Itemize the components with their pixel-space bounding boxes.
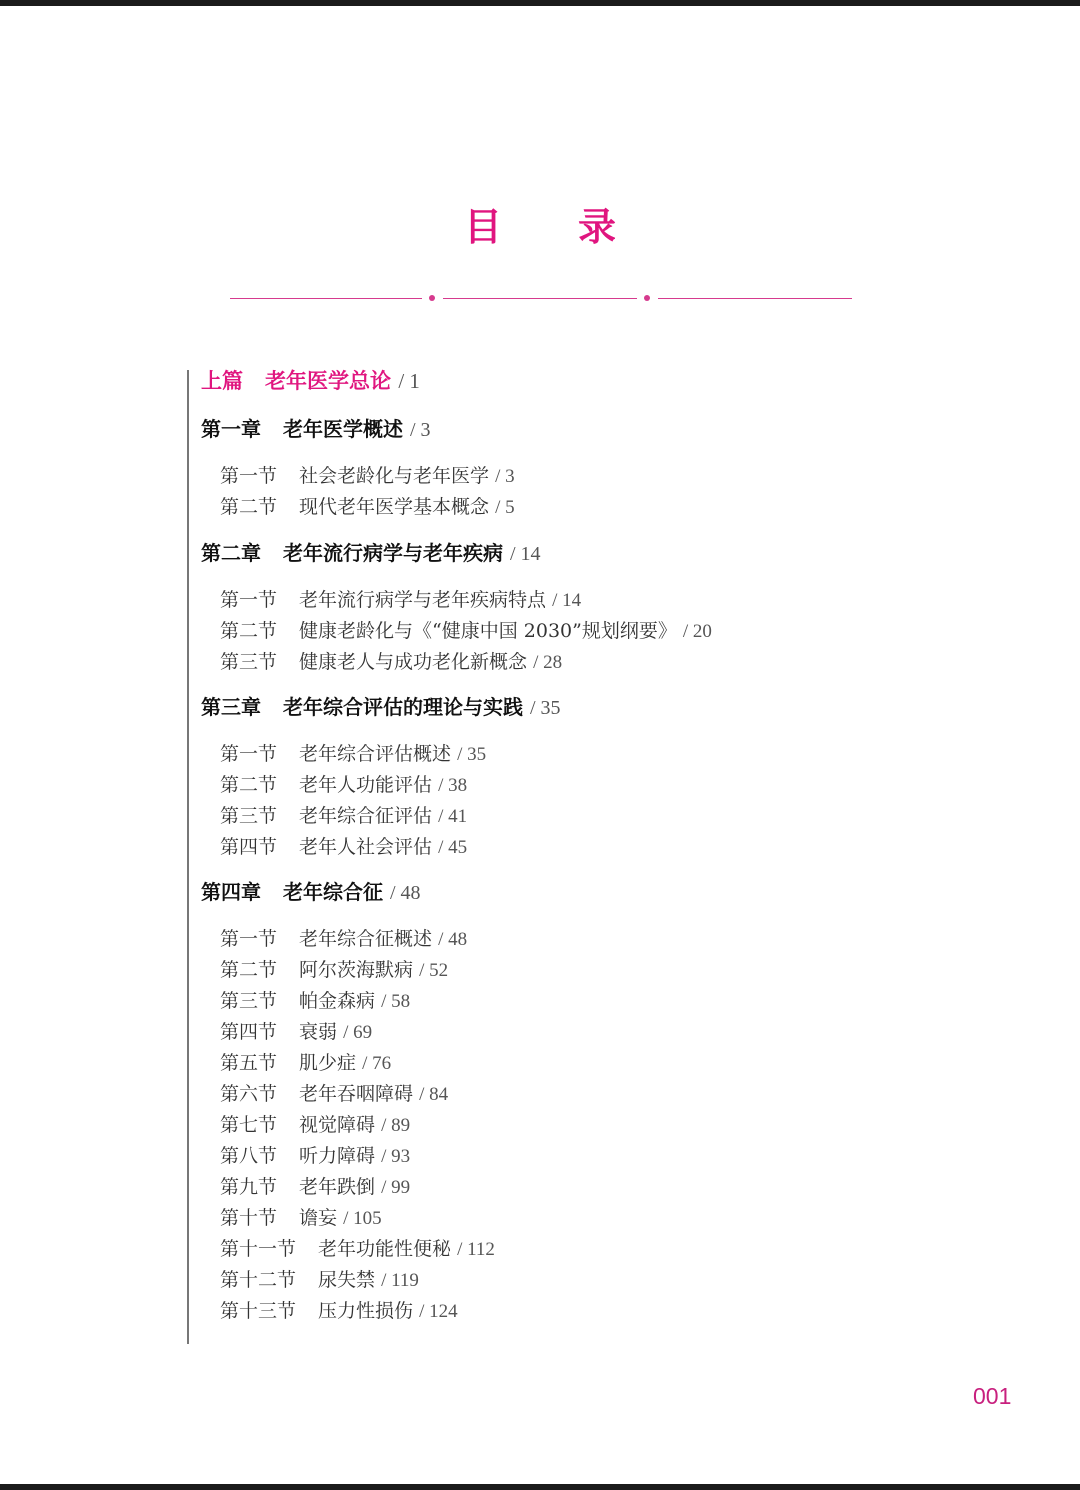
toc-section[interactable]: 第三节帕金森病 / 58 bbox=[220, 986, 410, 1013]
section-title: 现代老年医学基本概念 bbox=[299, 496, 489, 518]
section-page: / 35 bbox=[457, 744, 486, 765]
chapter-label: 第三章 bbox=[201, 695, 261, 719]
section-page: / 5 bbox=[495, 497, 515, 518]
section-page: / 124 bbox=[419, 1301, 458, 1322]
toc-chapter[interactable]: 第二章老年流行病学与老年疾病 / 14 bbox=[201, 537, 541, 566]
section-title: 老年流行病学与老年疾病特点 bbox=[299, 589, 546, 611]
section-label: 第四节 bbox=[220, 1021, 277, 1043]
section-page: / 84 bbox=[419, 1084, 448, 1105]
section-label: 第八节 bbox=[220, 1145, 277, 1167]
section-title: 社会老龄化与老年医学 bbox=[299, 465, 489, 487]
toc-section[interactable]: 第二节老年人功能评估 / 38 bbox=[220, 770, 467, 797]
bottom-edge-bar bbox=[0, 1484, 1080, 1490]
section-title: 健康老人与成功老化新概念 bbox=[299, 651, 527, 673]
section-title: 老年人功能评估 bbox=[299, 774, 432, 796]
chapter-title: 老年综合评估的理论与实践 bbox=[283, 695, 523, 719]
page-title: 目录 bbox=[0, 196, 1080, 251]
section-page: / 48 bbox=[438, 929, 467, 950]
section-label: 第十一节 bbox=[220, 1238, 296, 1260]
section-label: 第三节 bbox=[220, 651, 277, 673]
section-title: 老年人社会评估 bbox=[299, 836, 432, 858]
section-label: 第一节 bbox=[220, 743, 277, 765]
toc-section[interactable]: 第十三节压力性损伤 / 124 bbox=[220, 1296, 458, 1323]
section-title: 尿失禁 bbox=[318, 1269, 375, 1291]
toc-left-rule bbox=[187, 370, 189, 1344]
section-label: 第二节 bbox=[220, 959, 277, 981]
toc-section[interactable]: 第十一节老年功能性便秘 / 112 bbox=[220, 1234, 495, 1261]
section-page: / 69 bbox=[343, 1022, 372, 1043]
divider-dot-2 bbox=[644, 295, 650, 301]
section-page: / 38 bbox=[438, 775, 467, 796]
section-page: / 14 bbox=[552, 590, 581, 611]
toc-chapter[interactable]: 第三章老年综合评估的理论与实践 / 35 bbox=[201, 691, 561, 720]
section-page: / 76 bbox=[362, 1053, 391, 1074]
section-title: 衰弱 bbox=[299, 1021, 337, 1043]
toc-section[interactable]: 第七节视觉障碍 / 89 bbox=[220, 1110, 410, 1137]
toc-chapter[interactable]: 第四章老年综合征 / 48 bbox=[201, 876, 421, 905]
toc-section[interactable]: 第一节老年综合评估概述 / 35 bbox=[220, 739, 486, 766]
section-title: 听力障碍 bbox=[299, 1145, 375, 1167]
chapter-title: 老年医学概述 bbox=[283, 417, 403, 441]
section-page: / 41 bbox=[438, 806, 467, 827]
toc-section[interactable]: 第十节谵妄 / 105 bbox=[220, 1203, 382, 1230]
chapter-page: / 48 bbox=[390, 882, 421, 904]
section-label: 第三节 bbox=[220, 990, 277, 1012]
toc-section[interactable]: 第二节现代老年医学基本概念 / 5 bbox=[220, 492, 515, 519]
section-title: 帕金森病 bbox=[299, 990, 375, 1012]
section-title: 老年功能性便秘 bbox=[318, 1238, 451, 1260]
part-title: 老年医学总论 bbox=[265, 369, 391, 393]
section-title: 压力性损伤 bbox=[318, 1300, 413, 1322]
section-title: 老年跌倒 bbox=[299, 1176, 375, 1198]
chapter-page: / 35 bbox=[530, 697, 561, 719]
top-edge-bar bbox=[0, 0, 1080, 6]
section-label: 第四节 bbox=[220, 836, 277, 858]
chapter-title: 老年综合征 bbox=[283, 880, 383, 904]
section-label: 第七节 bbox=[220, 1114, 277, 1136]
chapter-title: 老年流行病学与老年疾病 bbox=[283, 541, 503, 565]
title-divider-segment-3 bbox=[658, 298, 852, 299]
toc-section[interactable]: 第二节阿尔茨海默病 / 52 bbox=[220, 955, 448, 982]
section-label: 第三节 bbox=[220, 805, 277, 827]
divider-dot-1 bbox=[429, 295, 435, 301]
section-label: 第十三节 bbox=[220, 1300, 296, 1322]
toc-section[interactable]: 第九节老年跌倒 / 99 bbox=[220, 1172, 410, 1199]
section-label: 第十二节 bbox=[220, 1269, 296, 1291]
toc-section[interactable]: 第三节健康老人与成功老化新概念 / 28 bbox=[220, 647, 562, 674]
chapter-page: / 14 bbox=[510, 543, 541, 565]
chapter-label: 第四章 bbox=[201, 880, 261, 904]
section-label: 第一节 bbox=[220, 589, 277, 611]
toc-section[interactable]: 第十二节尿失禁 / 119 bbox=[220, 1265, 419, 1292]
title-char-2: 录 bbox=[578, 196, 616, 251]
section-title: 谵妄 bbox=[299, 1207, 337, 1229]
section-label: 第二节 bbox=[220, 774, 277, 796]
title-char-1: 目 bbox=[464, 196, 502, 251]
section-page: / 20 bbox=[683, 621, 712, 642]
section-label: 第九节 bbox=[220, 1176, 277, 1198]
section-page: / 119 bbox=[381, 1270, 419, 1291]
toc-part[interactable]: 上篇老年医学总论 / 1 bbox=[201, 365, 420, 395]
section-label: 第一节 bbox=[220, 928, 277, 950]
section-label: 第六节 bbox=[220, 1083, 277, 1105]
section-title: 视觉障碍 bbox=[299, 1114, 375, 1136]
section-page: / 3 bbox=[495, 466, 515, 487]
section-page: / 112 bbox=[457, 1239, 495, 1260]
toc-section[interactable]: 第五节肌少症 / 76 bbox=[220, 1048, 391, 1075]
section-title: 老年综合征概述 bbox=[299, 928, 432, 950]
toc-section[interactable]: 第一节老年流行病学与老年疾病特点 / 14 bbox=[220, 585, 581, 612]
toc-section[interactable]: 第八节听力障碍 / 93 bbox=[220, 1141, 410, 1168]
chapter-label: 第二章 bbox=[201, 541, 261, 565]
title-divider-segment-1 bbox=[230, 298, 422, 299]
section-page: / 105 bbox=[343, 1208, 382, 1229]
section-page: / 89 bbox=[381, 1115, 410, 1136]
section-title: 健康老龄化与《“健康中国 2030”规划纲要》 bbox=[299, 620, 677, 642]
toc-section[interactable]: 第四节衰弱 / 69 bbox=[220, 1017, 372, 1044]
section-title: 肌少症 bbox=[299, 1052, 356, 1074]
page-number: 001 bbox=[973, 1383, 1011, 1410]
section-label: 第一节 bbox=[220, 465, 277, 487]
section-page: / 93 bbox=[381, 1146, 410, 1167]
toc-section[interactable]: 第一节老年综合征概述 / 48 bbox=[220, 924, 467, 951]
section-page: / 99 bbox=[381, 1177, 410, 1198]
toc-section[interactable]: 第六节老年吞咽障碍 / 84 bbox=[220, 1079, 448, 1106]
part-label: 上篇 bbox=[201, 369, 243, 393]
section-page: / 28 bbox=[533, 652, 562, 673]
section-title: 阿尔茨海默病 bbox=[299, 959, 413, 981]
part-page: / 1 bbox=[398, 369, 420, 393]
toc-section[interactable]: 第二节健康老龄化与《“健康中国 2030”规划纲要》 / 20 bbox=[220, 616, 712, 643]
section-label: 第二节 bbox=[220, 496, 277, 518]
chapter-page: / 3 bbox=[410, 419, 431, 441]
section-page: / 52 bbox=[419, 960, 448, 981]
section-title: 老年综合征评估 bbox=[299, 805, 432, 827]
section-label: 第二节 bbox=[220, 620, 277, 642]
section-page: / 58 bbox=[381, 991, 410, 1012]
toc-section[interactable]: 第四节老年人社会评估 / 45 bbox=[220, 832, 467, 859]
toc-section[interactable]: 第三节老年综合征评估 / 41 bbox=[220, 801, 467, 828]
toc-section[interactable]: 第一节社会老龄化与老年医学 / 3 bbox=[220, 461, 515, 488]
section-label: 第十节 bbox=[220, 1207, 277, 1229]
title-divider-segment-2 bbox=[443, 298, 637, 299]
toc-chapter[interactable]: 第一章老年医学概述 / 3 bbox=[201, 413, 431, 442]
section-title: 老年吞咽障碍 bbox=[299, 1083, 413, 1105]
section-page: / 45 bbox=[438, 837, 467, 858]
section-title: 老年综合评估概述 bbox=[299, 743, 451, 765]
section-label: 第五节 bbox=[220, 1052, 277, 1074]
chapter-label: 第一章 bbox=[201, 417, 261, 441]
